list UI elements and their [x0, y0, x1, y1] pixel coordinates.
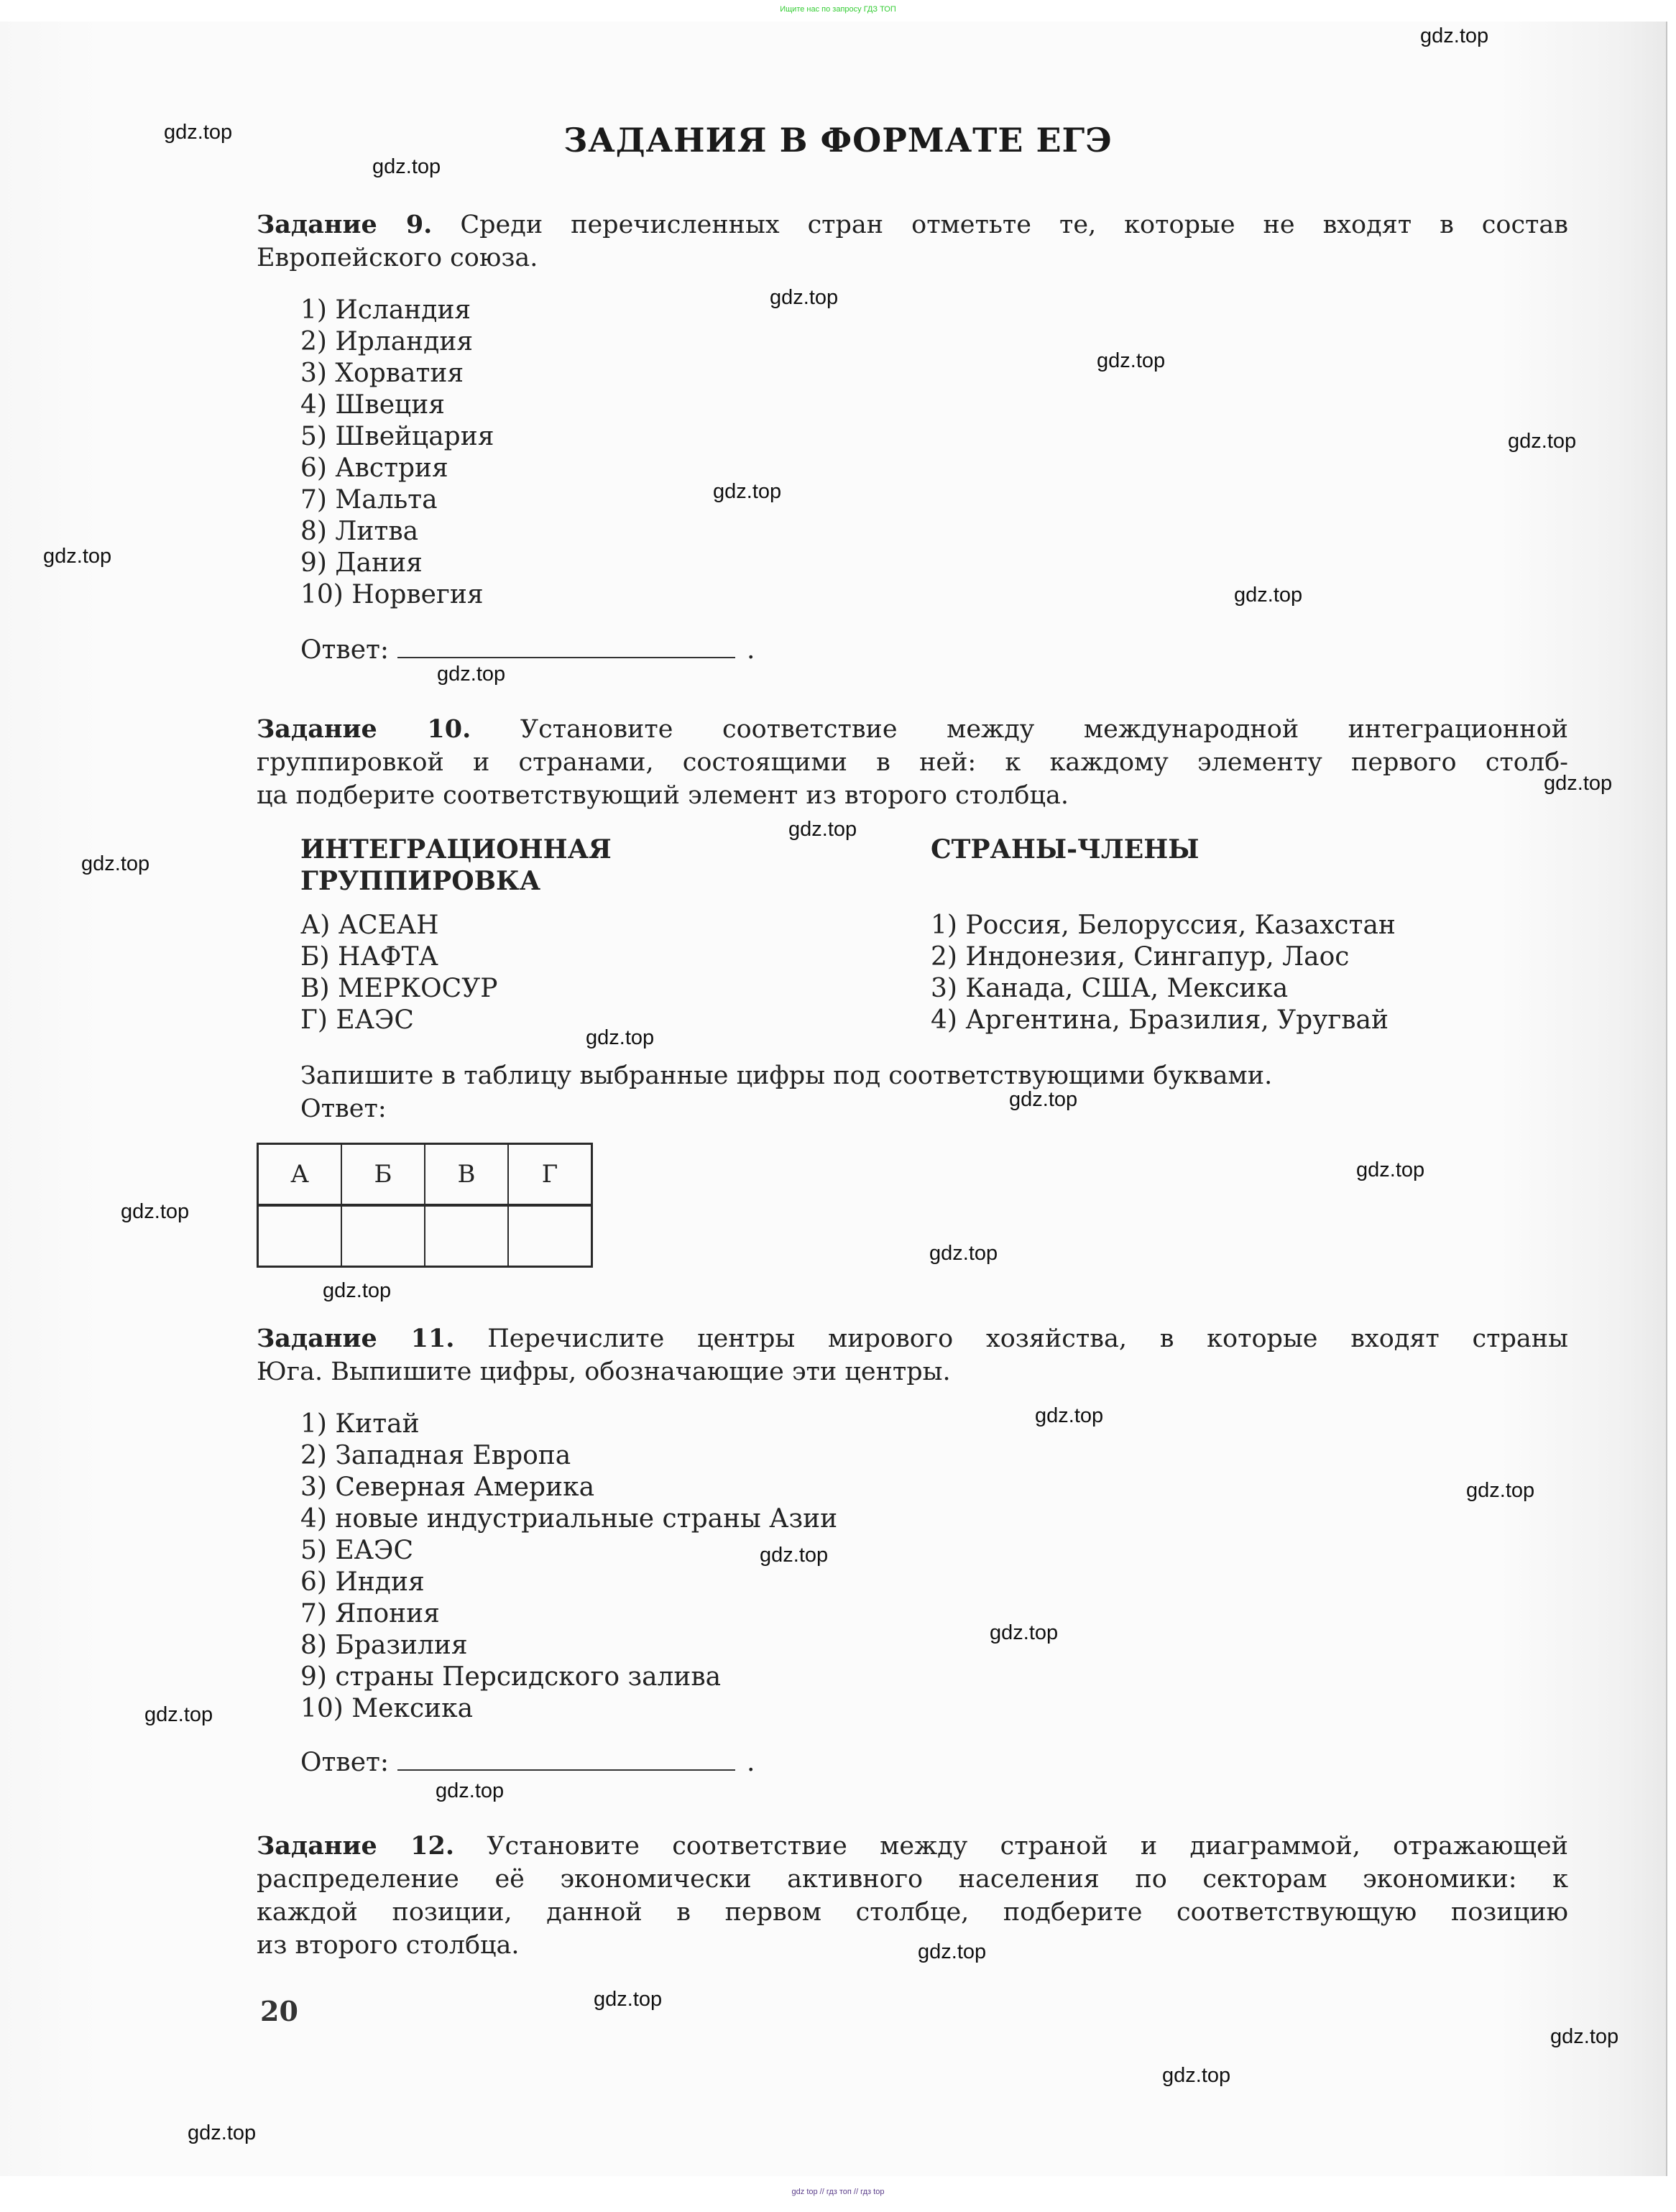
group-item: В) МЕРКОСУР: [300, 973, 497, 1005]
watermark: gdz.top: [436, 1779, 504, 1803]
task-11-options: 1) Китай 2) Западная Европа 3) Северная …: [300, 1409, 837, 1725]
task-9-option: 8) Литва: [300, 516, 494, 548]
member-item: 1) Россия, Белоруссия, Казахстан: [931, 910, 1396, 941]
task-10-line-1: Установите соответствие между международ…: [520, 715, 1568, 744]
task-11-option: 7) Япония: [300, 1598, 837, 1630]
task-9-label: Задание 9.: [257, 210, 432, 239]
task-11-line-2: Юга. Выпишите цифры, обозначающие эти це…: [257, 1355, 1568, 1388]
column-1-header-line-1: ИНТЕГРАЦИОННАЯ: [300, 834, 612, 865]
task-9-option: 5) Швейцария: [300, 421, 494, 453]
task-9-answer-field[interactable]: [397, 635, 735, 658]
watermark: gdz.top: [144, 1703, 213, 1727]
watermark: gdz.top: [1356, 1158, 1424, 1182]
watermark: gdz.top: [164, 121, 232, 144]
group-item: Г) ЕАЭС: [300, 1005, 497, 1036]
answer-table-cell[interactable]: [508, 1205, 592, 1267]
task-10-prompt: Задание 10. Установите соответствие межд…: [257, 713, 1568, 812]
task-11-answer-label: Ответ:: [300, 1748, 389, 1777]
answer-table-cell[interactable]: [258, 1205, 342, 1267]
watermark: gdz.top: [121, 1200, 189, 1224]
task-10-line-3: ца подберите соответствующий элемент из …: [257, 779, 1568, 812]
watermark: gdz.top: [1544, 772, 1612, 796]
watermark: gdz.top: [760, 1544, 828, 1567]
task-11-line-1: Перечислите центры мирового хозяйства, в…: [487, 1324, 1568, 1353]
task-10-column-2-header: СТРАНЫ-ЧЛЕНЫ: [931, 834, 1199, 865]
member-item: 3) Канада, США, Мексика: [931, 973, 1396, 1005]
watermark: gdz.top: [437, 663, 505, 686]
task-12-line-2: распределение её экономически активного …: [257, 1863, 1568, 1896]
task-10-line-2: группировкой и странами, состоящими в не…: [257, 746, 1568, 779]
answer-table-cell[interactable]: [341, 1205, 425, 1267]
member-item: 4) Аргентина, Бразилия, Уругвай: [931, 1005, 1396, 1036]
task-9-option: 2) Ирландия: [300, 326, 494, 358]
task-9-option: 7) Мальта: [300, 484, 494, 516]
task-11-option: 2) Западная Европа: [300, 1440, 837, 1472]
task-10-answer-table: А Б В Г: [257, 1143, 593, 1268]
task-11-option: 8) Бразилия: [300, 1630, 837, 1662]
task-9-option: 10) Норвегия: [300, 579, 494, 611]
task-12-label: Задание 12.: [257, 1831, 454, 1861]
task-9-answer: Ответ:.: [300, 635, 755, 665]
watermark: gdz.top: [770, 286, 838, 310]
page-title: ЗАДАНИЯ В ФОРМАТЕ ЕГЭ: [0, 121, 1676, 160]
task-9-option: 6) Австрия: [300, 453, 494, 484]
task-11-option: 3) Северная Америка: [300, 1472, 837, 1503]
task-11-option: 9) страны Персидского залива: [300, 1662, 837, 1693]
task-9-option: 9) Дания: [300, 548, 494, 579]
watermark: gdz.top: [1420, 24, 1488, 48]
answer-table-header: В: [425, 1144, 508, 1206]
group-item: Б) НАФТА: [300, 941, 497, 973]
task-9-option: 4) Швеция: [300, 390, 494, 421]
footer-banner: gdz top // гдз топ // гдз top: [0, 2176, 1676, 2212]
task-11-option: 5) ЕАЭС: [300, 1535, 837, 1567]
watermark: gdz.top: [594, 1988, 662, 2011]
watermark: gdz.top: [929, 1242, 998, 1266]
watermark: gdz.top: [788, 818, 857, 842]
task-11-option: 4) новые индустриальные страны Азии: [300, 1503, 837, 1535]
watermark: gdz.top: [1466, 1479, 1534, 1503]
watermark: gdz.top: [188, 2121, 256, 2145]
task-11-option: 6) Индия: [300, 1567, 837, 1598]
task-11-prompt: Задание 11. Перечислите центры мирового …: [257, 1322, 1568, 1388]
task-11-option: 10) Мексика: [300, 1693, 837, 1725]
watermark: gdz.top: [1097, 349, 1165, 373]
task-10-label: Задание 10.: [257, 714, 471, 744]
task-9-option: 1) Исландия: [300, 295, 494, 326]
task-9-line-1: Среди перечисленных стран отметьте те, к…: [460, 211, 1568, 239]
answer-table-header: Г: [508, 1144, 592, 1206]
task-11-answer-end: .: [747, 1748, 755, 1777]
task-9-answer-label: Ответ:: [300, 635, 389, 665]
task-10-instruction-text: Запишите в таблицу выбранные цифры под с…: [300, 1059, 1573, 1092]
member-item: 2) Индонезия, Сингапур, Лаос: [931, 941, 1396, 973]
watermark: gdz.top: [713, 480, 781, 504]
task-11-option: 1) Китай: [300, 1409, 837, 1440]
answer-table-header: А: [258, 1144, 342, 1206]
watermark: gdz.top: [1162, 2064, 1230, 2088]
watermark: gdz.top: [43, 545, 111, 568]
page-number: 20: [260, 1995, 298, 2027]
task-10-instruction: Запишите в таблицу выбранные цифры под с…: [300, 1059, 1573, 1125]
task-12-line-4: из второго столбца.: [257, 1929, 1568, 1962]
column-1-header-line-2: ГРУППИРОВКА: [300, 865, 612, 897]
task-10-members: 1) Россия, Белоруссия, Казахстан 2) Индо…: [931, 910, 1396, 1036]
search-hint-banner: Ищите нас по запросу ГДЗ ТОП: [0, 0, 1676, 22]
watermark: gdz.top: [990, 1621, 1058, 1645]
answer-table-cell[interactable]: [425, 1205, 508, 1267]
task-10-groups: А) АСЕАН Б) НАФТА В) МЕРКОСУР Г) ЕАЭС: [300, 910, 497, 1036]
watermark: gdz.top: [918, 1940, 986, 1964]
watermark: gdz.top: [1234, 584, 1302, 607]
watermark: gdz.top: [372, 155, 441, 179]
task-11-answer-field[interactable]: [397, 1748, 735, 1771]
watermark: gdz.top: [586, 1026, 654, 1050]
watermark: gdz.top: [323, 1279, 391, 1303]
task-9-line-2: Европейского союза.: [257, 241, 1568, 275]
group-item: А) АСЕАН: [300, 910, 497, 941]
task-9-answer-end: .: [747, 635, 755, 665]
answer-table-header: Б: [341, 1144, 425, 1206]
task-10-answer-label: Ответ:: [300, 1092, 1573, 1125]
task-12-line-1: Установите соответствие между страной и …: [487, 1832, 1568, 1861]
watermark: gdz.top: [1035, 1404, 1103, 1428]
task-9-option: 3) Хорватия: [300, 358, 494, 390]
task-9-prompt: Задание 9. Среди перечисленных стран отм…: [257, 208, 1568, 275]
task-11-answer: Ответ:.: [300, 1748, 755, 1777]
watermark: gdz.top: [1508, 430, 1576, 453]
task-12-line-3: каждой позиции, данной в первом столбце,…: [257, 1896, 1568, 1929]
task-9-options: 1) Исландия 2) Ирландия 3) Хорватия 4) Ш…: [300, 295, 494, 611]
watermark: gdz.top: [81, 852, 149, 876]
task-12-prompt: Задание 12. Установите соответствие межд…: [257, 1830, 1568, 1962]
watermark: gdz.top: [1009, 1088, 1077, 1112]
task-10-column-1-header: ИНТЕГРАЦИОННАЯ ГРУППИРОВКА: [300, 834, 612, 897]
watermark: gdz.top: [1550, 2025, 1619, 2049]
task-11-label: Задание 11.: [257, 1324, 454, 1353]
